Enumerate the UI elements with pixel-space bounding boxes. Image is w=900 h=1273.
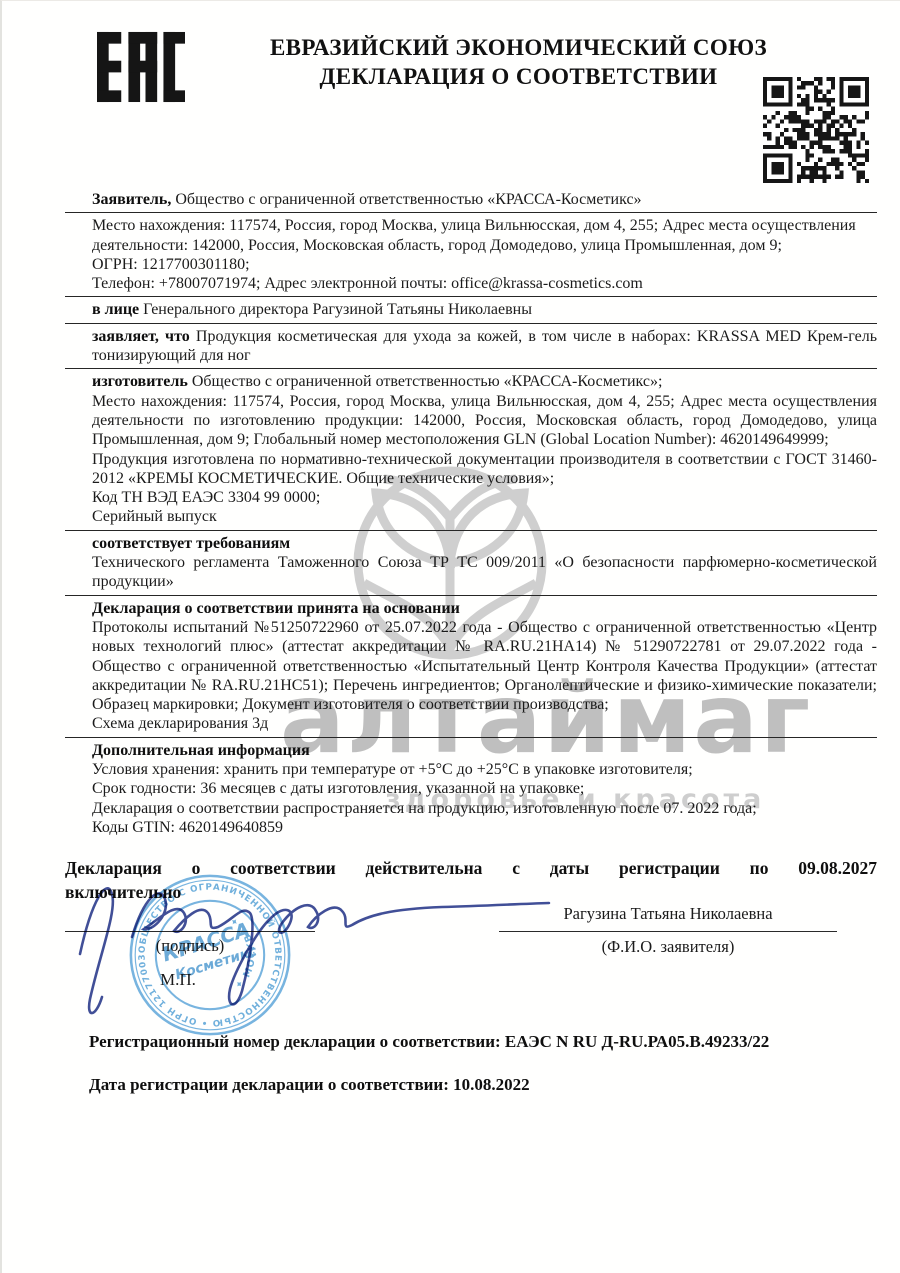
storage-conditions: Условия хранения: хранить при температур…: [92, 760, 877, 779]
applicant-contacts: Телефон: +78007071974; Адрес электронной…: [92, 274, 877, 293]
section-additional-info: Дополнительная информация Условия хранен…: [65, 740, 877, 840]
declaration-scheme: Схема декларирования 3д: [92, 714, 877, 733]
shelf-life: Срок годности: 36 месяцев с даты изготов…: [92, 779, 877, 798]
qr-code: [763, 77, 869, 183]
title-line-union: ЕВРАЗИЙСКИЙ ЭКОНОМИЧЕСКИЙ СОЮЗ: [192, 33, 845, 62]
applicant-name: Общество с ограниченной ответственностью…: [171, 191, 641, 208]
release-type: Серийный выпуск: [92, 507, 877, 526]
manufacturer-address: Место нахождения: 117574, Россия, город …: [92, 392, 877, 450]
document-title: ЕВРАЗИЙСКИЙ ЭКОНОМИЧЕСКИЙ СОЮЗ ДЕКЛАРАЦИ…: [192, 33, 845, 91]
declares-label: заявляет, что: [92, 328, 190, 345]
tnved-code: Код ТН ВЭД ЕАЭС 3304 99 0000;: [92, 488, 877, 507]
meets-label: соответствует требованиям: [92, 534, 877, 553]
manufacturer-label: изготовитель: [92, 373, 188, 390]
meets-text: Технического регламента Таможенного Союз…: [92, 553, 877, 592]
registration-date: Дата регистрации декларации о соответств…: [89, 1075, 877, 1095]
section-person: в лице Генерального директора Рагузиной …: [65, 299, 877, 323]
applies-to: Декларация о соответствии распространяет…: [92, 799, 877, 818]
person-name: Генерального директора Рагузиной Татьяны…: [139, 301, 532, 318]
manufacturer-name: Общество с ограниченной ответственностью…: [188, 373, 663, 390]
applicant-address: Место нахождения: 117574, Россия, город …: [92, 216, 877, 255]
section-applicant: Заявитель, Общество с ограниченной ответ…: [65, 189, 877, 213]
section-basis: Декларация о соответствии принята на осн…: [65, 598, 877, 738]
section-product: заявляет, что Продукция косметическая дл…: [65, 326, 877, 370]
person-label: в лице: [92, 301, 139, 318]
basis-label: Декларация о соответствии принята на осн…: [92, 599, 877, 618]
document-body: Заявитель, Общество с ограниченной ответ…: [65, 189, 877, 842]
title-line-declaration: ДЕКЛАРАЦИЯ О СООТВЕТСТВИИ: [192, 62, 845, 91]
section-applicant-details: Место нахождения: 117574, Россия, город …: [65, 215, 877, 297]
section-manufacturer: изготовитель Общество с ограниченной отв…: [65, 371, 877, 530]
product-description: Продукция косметическая для ухода за кож…: [92, 328, 877, 364]
basis-text: Протоколы испытаний №51250722960 от 25.0…: [92, 618, 877, 714]
declaration-document: алтаймаг здоровье и красота ЕВРАЗИЙСКИЙ …: [0, 0, 900, 1273]
addinfo-label: Дополнительная информация: [92, 741, 877, 760]
handwritten-signature: [62, 859, 562, 1029]
section-requirements: соответствует требованиям Технического р…: [65, 533, 877, 596]
applicant-ogrn: ОГРН: 1217700301180;: [92, 255, 877, 274]
eac-mark-icon: [97, 28, 185, 106]
applicant-label: Заявитель,: [92, 191, 171, 208]
gtin-codes: Коды GTIN: 4620149640859: [92, 818, 877, 837]
product-standards: Продукция изготовлена по нормативно-техн…: [92, 450, 877, 489]
